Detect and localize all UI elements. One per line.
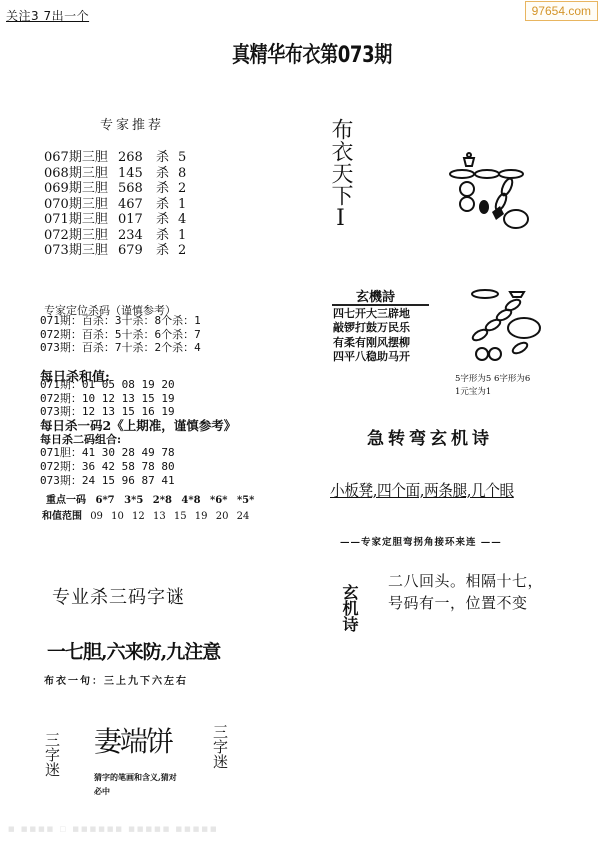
shape-note-line: 1元宝为1 [455, 386, 530, 399]
brain-teaser-riddle: 小板凳,四个面,两条腿,几个眼 [330, 478, 514, 501]
list-item: 070期三胆467杀1 [44, 197, 186, 213]
period: 070期三胆 [44, 197, 118, 213]
period: 068期三胆 [44, 166, 118, 182]
three-char-label-left: 三字迷 [44, 732, 59, 777]
period: 069期三胆 [44, 181, 118, 197]
sum-range-item: 09 [90, 511, 103, 522]
list-item: 069期三胆568杀2 [44, 181, 186, 197]
poem-title: 玄機詩 [356, 286, 395, 305]
shape-note: 5字形为5 6字形为6 1元宝为1 [455, 373, 530, 399]
nums: 467 [118, 197, 156, 213]
puzzle-hint: 猜字的笔画和含义,猜对必中 [94, 770, 179, 798]
brain-teaser-title: 急转弯玄机诗 [367, 424, 493, 449]
key-code-item: 6*7 [95, 495, 114, 506]
sum-range-item: 10 [111, 511, 124, 522]
period: 067期三胆 [44, 150, 118, 166]
poem-line: 四平八稳助马开 [333, 350, 410, 364]
key-code-label: 重点一码 [46, 495, 86, 506]
riddle3-answer: 一七胆,六来防,九注意 [47, 637, 220, 664]
poem-line: 敲锣打鼓万民乐 [333, 321, 410, 335]
kill: 5 [178, 150, 186, 166]
kill-label: 杀 [156, 181, 178, 197]
top-note: 关注3 7出一个 [6, 7, 89, 24]
puzzle-word: 妻端饼 [94, 720, 172, 760]
list-item: 071期：百杀：3十杀：8个杀：1 [40, 314, 201, 328]
xuanji-line: 号码有一，位置不变 [388, 592, 543, 614]
sum-range-item: 13 [153, 511, 166, 522]
sum-range-item: 19 [195, 511, 208, 522]
list-item: 071胆：41 30 28 49 78 [40, 446, 175, 460]
sum-range-row: 和值范围 09 10 12 13 15 19 20 24 [42, 507, 254, 522]
kill-label: 杀 [156, 197, 178, 213]
nums: 145 [118, 166, 156, 182]
key-code-item: *6* [210, 495, 227, 506]
kill-label: 杀 [156, 166, 178, 182]
poem-line: 有柔有刚风摆柳 [333, 336, 410, 350]
poem-divider [332, 304, 429, 306]
nums: 234 [118, 228, 156, 244]
list-item: 073期三胆679杀2 [44, 243, 186, 259]
poem-line: 四七开大三辟地 [333, 307, 410, 321]
sum-range-item: 12 [132, 511, 145, 522]
list-item: 067期三胆268杀5 [44, 150, 186, 166]
riddle3-title: 专业杀三码字谜 [52, 583, 185, 609]
key-code-item: 2*8 [153, 495, 172, 506]
kill-label: 杀 [156, 212, 178, 228]
faint-footer-text: ■ ■■■■ □ ■■■■■■ ■■■■■ ■■■■■ [8, 825, 219, 833]
list-item: 071期三胆017杀4 [44, 212, 186, 228]
sum-kill-list: 071期：01 05 08 19 20 072期：10 12 13 15 19 … [40, 378, 175, 419]
position-kill-list: 071期：百杀：3十杀：8个杀：1 072期：百杀：5十杀：6个杀：7 073期… [40, 314, 201, 355]
buyi-line: 布衣一句：三上九下六左右 [44, 672, 188, 687]
buyi-vertical-title: 布衣天下I [326, 118, 354, 231]
list-item: 072期：10 12 13 15 19 [40, 392, 175, 406]
list-item: 068期三胆145杀8 [44, 166, 186, 182]
xuanji-line: 二八回头。相隔十七， [388, 570, 543, 592]
recommend-list: 067期三胆268杀5 068期三胆145杀8 069期三胆568杀2 070期… [44, 150, 186, 259]
period: 071期三胆 [44, 212, 118, 228]
list-item: 072期三胆234杀1 [44, 228, 186, 244]
kill: 8 [178, 166, 186, 182]
period: 073期三胆 [44, 243, 118, 259]
watermark-badge[interactable]: 97654.com [525, 1, 598, 21]
poem-lines: 四七开大三辟地 敲锣打鼓万民乐 有柔有刚风摆柳 四平八稳助马开 [333, 307, 410, 365]
kill-two-list: 071胆：41 30 28 49 78 072期：36 42 58 78 80 … [40, 446, 175, 488]
nums: 017 [118, 212, 156, 228]
kill: 1 [178, 228, 186, 244]
sum-range-item: 24 [237, 511, 250, 522]
coin-pattern-7-icon [440, 150, 560, 235]
period: 072期三胆 [44, 228, 118, 244]
nums: 268 [118, 150, 156, 166]
kill-label: 杀 [156, 228, 178, 244]
kill: 1 [178, 197, 186, 213]
nums: 568 [118, 181, 156, 197]
sum-range-item: 15 [174, 511, 187, 522]
sum-range-label: 和值范围 [42, 511, 82, 522]
list-item: 071期：01 05 08 19 20 [40, 378, 175, 392]
list-item: 073期：24 15 96 87 41 [40, 474, 175, 488]
list-item: 072期：百杀：5十杀：6个杀：7 [40, 328, 201, 342]
coin-pattern-5-6-icon [458, 288, 558, 368]
key-code-row: 重点一码 6*7 3*5 2*8 4*8 *6* *5* [46, 491, 260, 506]
recommend-title: 专家推荐 [100, 114, 164, 133]
shape-note-line: 5字形为5 6字形为6 [455, 373, 530, 386]
key-code-item: 3*5 [124, 495, 143, 506]
list-item: 073期：百杀：7十杀：2个杀：4 [40, 341, 201, 355]
list-item: 072期：36 42 58 78 80 [40, 460, 175, 474]
kill: 4 [178, 212, 186, 228]
expert-line: ——专家定胆弯拐角接环来连 —— [340, 534, 502, 548]
nums: 679 [118, 243, 156, 259]
kill: 2 [178, 243, 186, 259]
kill-label: 杀 [156, 150, 178, 166]
xuanji-lines: 二八回头。相隔十七， 号码有一，位置不变 [388, 570, 543, 614]
xuanji-vertical-title: 玄机诗 [334, 584, 364, 632]
three-char-label-right: 三字迷 [212, 724, 227, 769]
sum-range-item: 20 [216, 511, 229, 522]
page-title: 真精华布衣第073期 [232, 38, 392, 69]
kill: 2 [178, 181, 186, 197]
kill-label: 杀 [156, 243, 178, 259]
kill-two-title: 每日杀二码组合: [40, 431, 121, 447]
key-code-item: *5* [237, 495, 254, 506]
key-code-item: 4*8 [181, 495, 200, 506]
